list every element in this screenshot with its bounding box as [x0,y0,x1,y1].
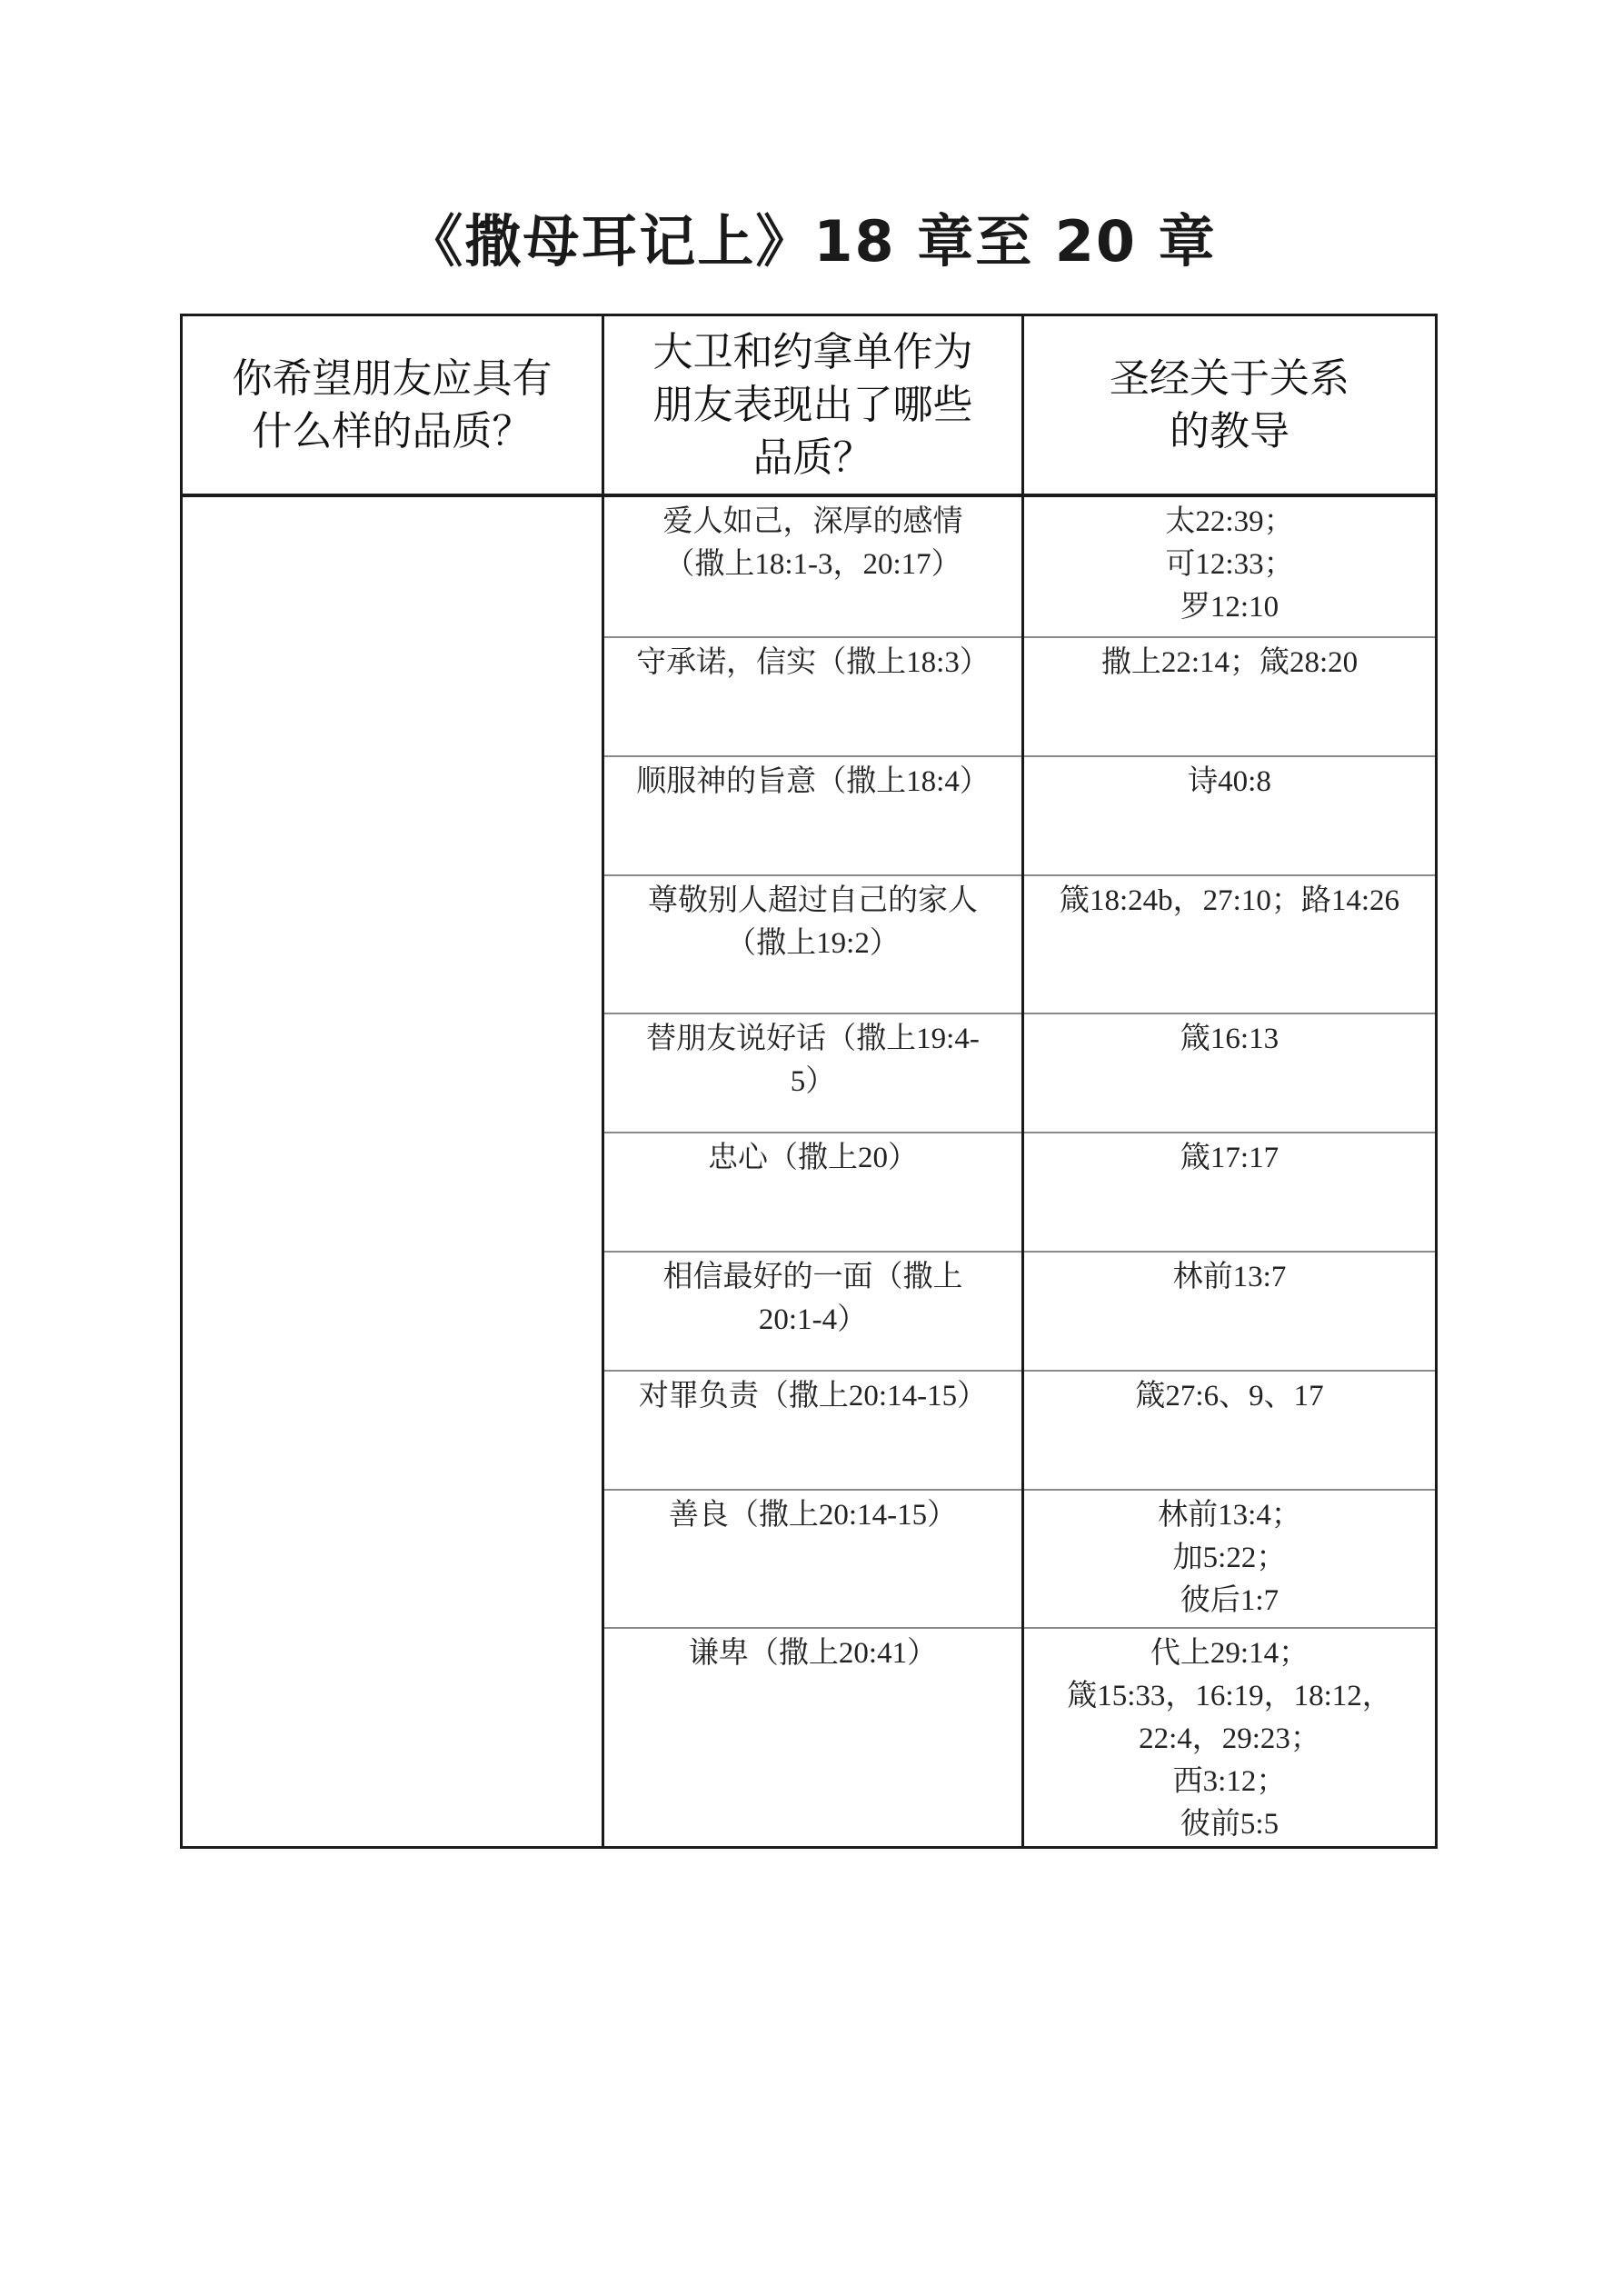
quality-text: （撒上19:2） [615,923,1011,965]
scripture-reference: 林前13:7 [1035,1256,1424,1299]
header-bible-teaching: 圣经关于关系 的教导 [1023,315,1437,496]
scripture-reference: 林前13:4； [1035,1494,1424,1537]
quality-cell: 顺服神的旨意（撒上18:4） [603,756,1023,875]
quality-text: 爱人如己，深厚的感情 [615,501,1011,544]
quality-text: 守承诺，信实（撒上18:3） [615,642,1011,684]
quality-cell: 善良（撒上20:14-15） [603,1490,1023,1628]
scripture-reference: 彼前5:5 [1035,1803,1424,1846]
scripture-reference: 西3:12； [1035,1761,1424,1803]
reference-cell: 林前13:4；加5:22；彼后1:7 [1023,1490,1437,1628]
scripture-reference: 代上29:14； [1035,1632,1424,1675]
quality-text: 相信最好的一面（撒上 [615,1256,1011,1299]
quality-text: 善良（撒上20:14-15） [615,1494,1011,1537]
scripture-reference: 箴15:33，16:19，18:12， [1035,1675,1424,1718]
reference-cell: 箴27:6、9、17 [1023,1371,1437,1490]
quality-cell: 忠心（撒上20） [603,1133,1023,1252]
quality-text: 20:1-4） [615,1299,1011,1342]
scripture-reference: 可12:33； [1035,544,1424,586]
quality-text: 5） [615,1061,1011,1103]
answer-cell-blank[interactable] [182,495,603,1848]
quality-text: 尊敬别人超过自己的家人 [615,880,1011,923]
reference-cell: 箴18:24b，27:10；路14:26 [1023,875,1437,1013]
reference-cell: 代上29:14；箴15:33，16:19，18:12，22:4，29:23；西3… [1023,1628,1437,1848]
scripture-reference: 太22:39； [1035,501,1424,544]
reference-cell: 太22:39；可12:33；罗12:10 [1023,495,1437,637]
quality-text: 替朋友说好话（撒上19:4- [615,1018,1011,1061]
scripture-reference: 箴16:13 [1035,1018,1424,1061]
quality-text: 对罪负责（撒上20:14-15） [615,1375,1011,1418]
reference-cell: 诗40:8 [1023,756,1437,875]
reference-cell: 撒上22:14；箴28:20 [1023,637,1437,756]
scripture-reference: 撒上22:14；箴28:20 [1035,642,1424,684]
scripture-reference: 诗40:8 [1035,761,1424,804]
header-david-jonathan-qualities: 大卫和约拿单作为 朋友表现出了哪些 品质？ [603,315,1023,496]
quality-cell: 守承诺，信实（撒上18:3） [603,637,1023,756]
quality-cell: 谦卑（撒上20:41） [603,1628,1023,1848]
header-desired-qualities: 你希望朋友应具有 什么样的品质？ [182,315,603,496]
reference-cell: 林前13:7 [1023,1252,1437,1371]
scripture-reference: 彼后1:7 [1035,1580,1424,1622]
quality-cell: 爱人如己，深厚的感情（撒上18:1-3，20:17） [603,495,1023,637]
page-title: 《撒母耳记上》18 章至 20 章 [0,196,1623,277]
quality-text: 谦卑（撒上20:41） [615,1632,1011,1675]
quality-cell: 对罪负责（撒上20:14-15） [603,1371,1023,1490]
quality-text: （撒上18:1-3，20:17） [615,544,1011,586]
scripture-reference: 箴27:6、9、17 [1035,1375,1424,1418]
scripture-reference: 罗12:10 [1035,586,1424,629]
quality-text: 忠心（撒上20） [615,1137,1011,1180]
quality-cell: 尊敬别人超过自己的家人（撒上19:2） [603,875,1023,1013]
table-row: 爱人如己，深厚的感情（撒上18:1-3，20:17）太22:39；可12:33；… [182,495,1437,637]
scripture-reference: 加5:22； [1035,1537,1424,1580]
quality-text: 顺服神的旨意（撒上18:4） [615,761,1011,804]
reference-cell: 箴17:17 [1023,1133,1437,1252]
quality-cell: 相信最好的一面（撒上20:1-4） [603,1252,1023,1371]
bible-study-table: 你希望朋友应具有 什么样的品质？ 大卫和约拿单作为 朋友表现出了哪些 品质？ 圣… [180,314,1438,1849]
scripture-reference: 22:4，29:23； [1035,1718,1424,1761]
table-header-row: 你希望朋友应具有 什么样的品质？ 大卫和约拿单作为 朋友表现出了哪些 品质？ 圣… [182,315,1437,496]
reference-cell: 箴16:13 [1023,1013,1437,1133]
scripture-reference: 箴18:24b，27:10；路14:26 [1035,880,1424,923]
scripture-reference: 箴17:17 [1035,1137,1424,1180]
quality-cell: 替朋友说好话（撒上19:4-5） [603,1013,1023,1133]
